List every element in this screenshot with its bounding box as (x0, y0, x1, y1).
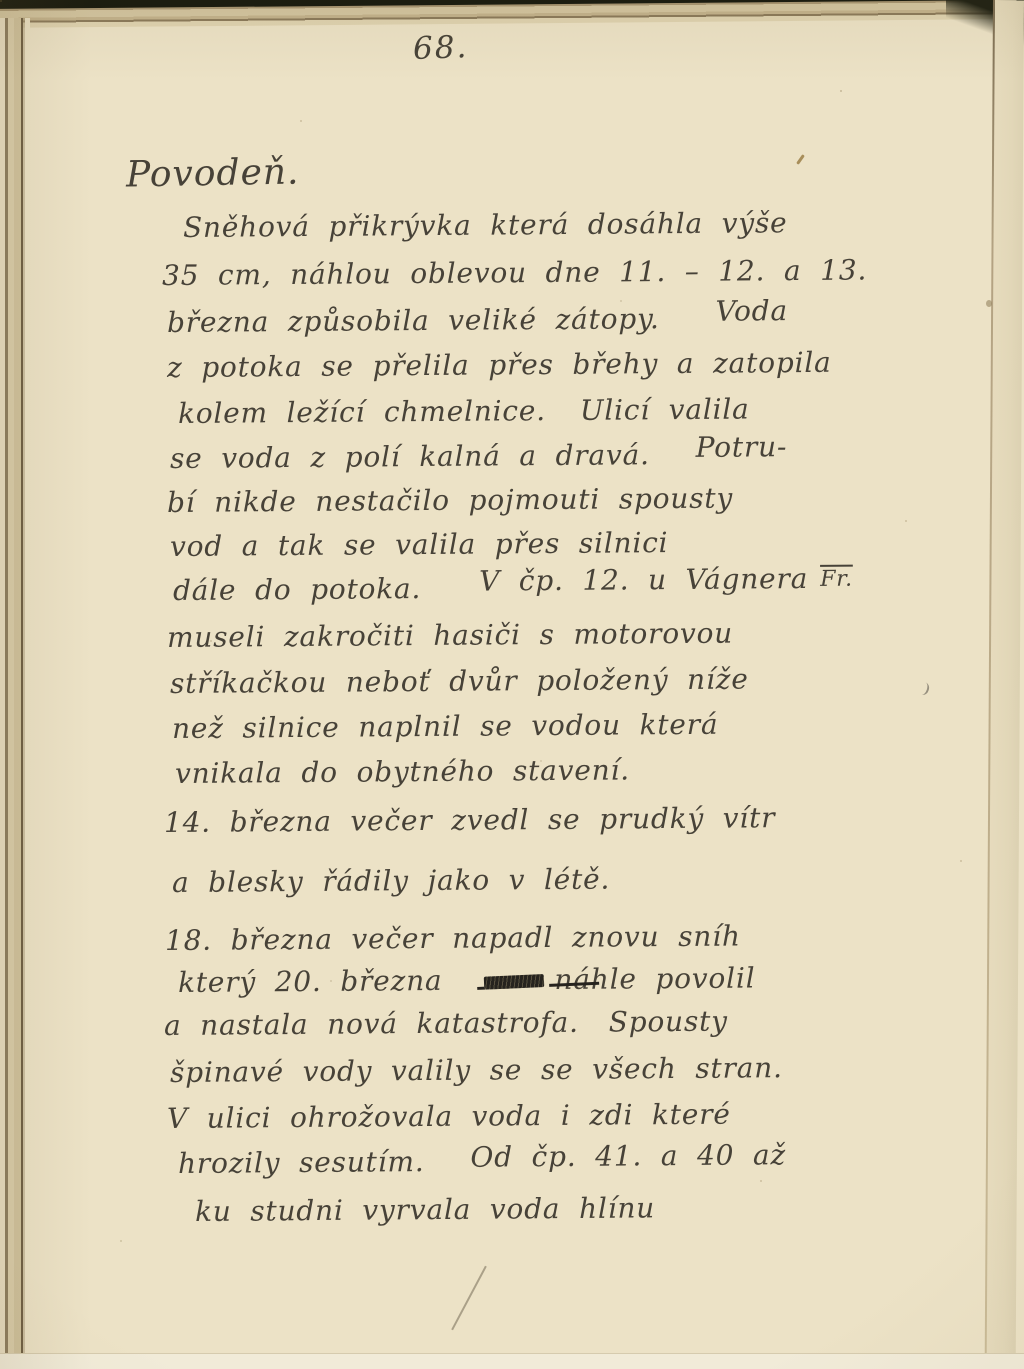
manuscript-line: a nastala nová katastrofa.Spousty (164, 1005, 728, 1042)
manuscript-line: stříkačkou neboť dvůr položený níže (170, 662, 749, 700)
stray-hook-mark (916, 681, 930, 697)
page-title: Povodeň. (126, 151, 300, 195)
manuscript-line: z potoka se přelila přes břehy a zatopil… (167, 346, 832, 384)
manuscript-line: museli zakročiti hasiči s motorovou (167, 617, 733, 654)
manuscript-line: V ulici ohrožovala voda i zdi které (167, 1098, 731, 1135)
manuscript-line: špinavé vody valily se se všech stran. (170, 1051, 783, 1089)
scribbled-out-word (484, 974, 545, 990)
manuscript-line: vnikala do obytného stavení. (175, 753, 630, 790)
manuscript-line: ku studni vyrvala voda hlínu (195, 1191, 655, 1228)
manuscript-line: hrozily sesutím.Od čp. 41. a 40 až (178, 1142, 786, 1180)
stain-dot (986, 300, 992, 307)
stray-slash-mark (451, 1266, 487, 1331)
manuscript-line: se voda z polí kalná a dravá.Potru- (170, 437, 787, 475)
manuscript-line: Sněhová přikrývka která dosáhla výše (183, 206, 788, 244)
manuscript-line: 14. března večer zvedl se prudký vítr (164, 801, 776, 839)
page-stack-left-edge (0, 18, 30, 1369)
manuscript-line: 18. března večer napadl znovu sníh (165, 919, 741, 957)
manuscript-line: března způsobila veliké zátopy.Voda (167, 301, 788, 339)
manuscript-line: který 20. březnanáhle povolil (178, 961, 756, 999)
page-bottom-edge (0, 1353, 1024, 1369)
manuscript-line: 35 cm, náhlou oblevou dne 11. – 12. a 13… (162, 253, 867, 292)
manuscript-line: kolem ležící chmelnice.Ulicí valila (178, 393, 750, 430)
manuscript-line: a blesky řádily jako v létě. (172, 863, 610, 899)
abbreviation-fr: Fr. (820, 567, 853, 592)
manuscript-line: dále do potoka.V čp. 12. u VágneraFr. (173, 569, 853, 607)
paper-speckles (0, 0, 2, 2)
stray-pen-tick-mark (796, 154, 805, 165)
manuscript-line: bí nikde nestačilo pojmouti spousty (167, 482, 733, 519)
scanned-manuscript-page: 68. Povodeň. Sněhová přikrývka která dos… (0, 0, 1024, 1369)
manuscript-line: než silnice naplnil se vodou která (172, 708, 719, 745)
page-number: 68. (412, 29, 469, 67)
manuscript-line: vod a tak se valila přes silnici (170, 526, 669, 563)
